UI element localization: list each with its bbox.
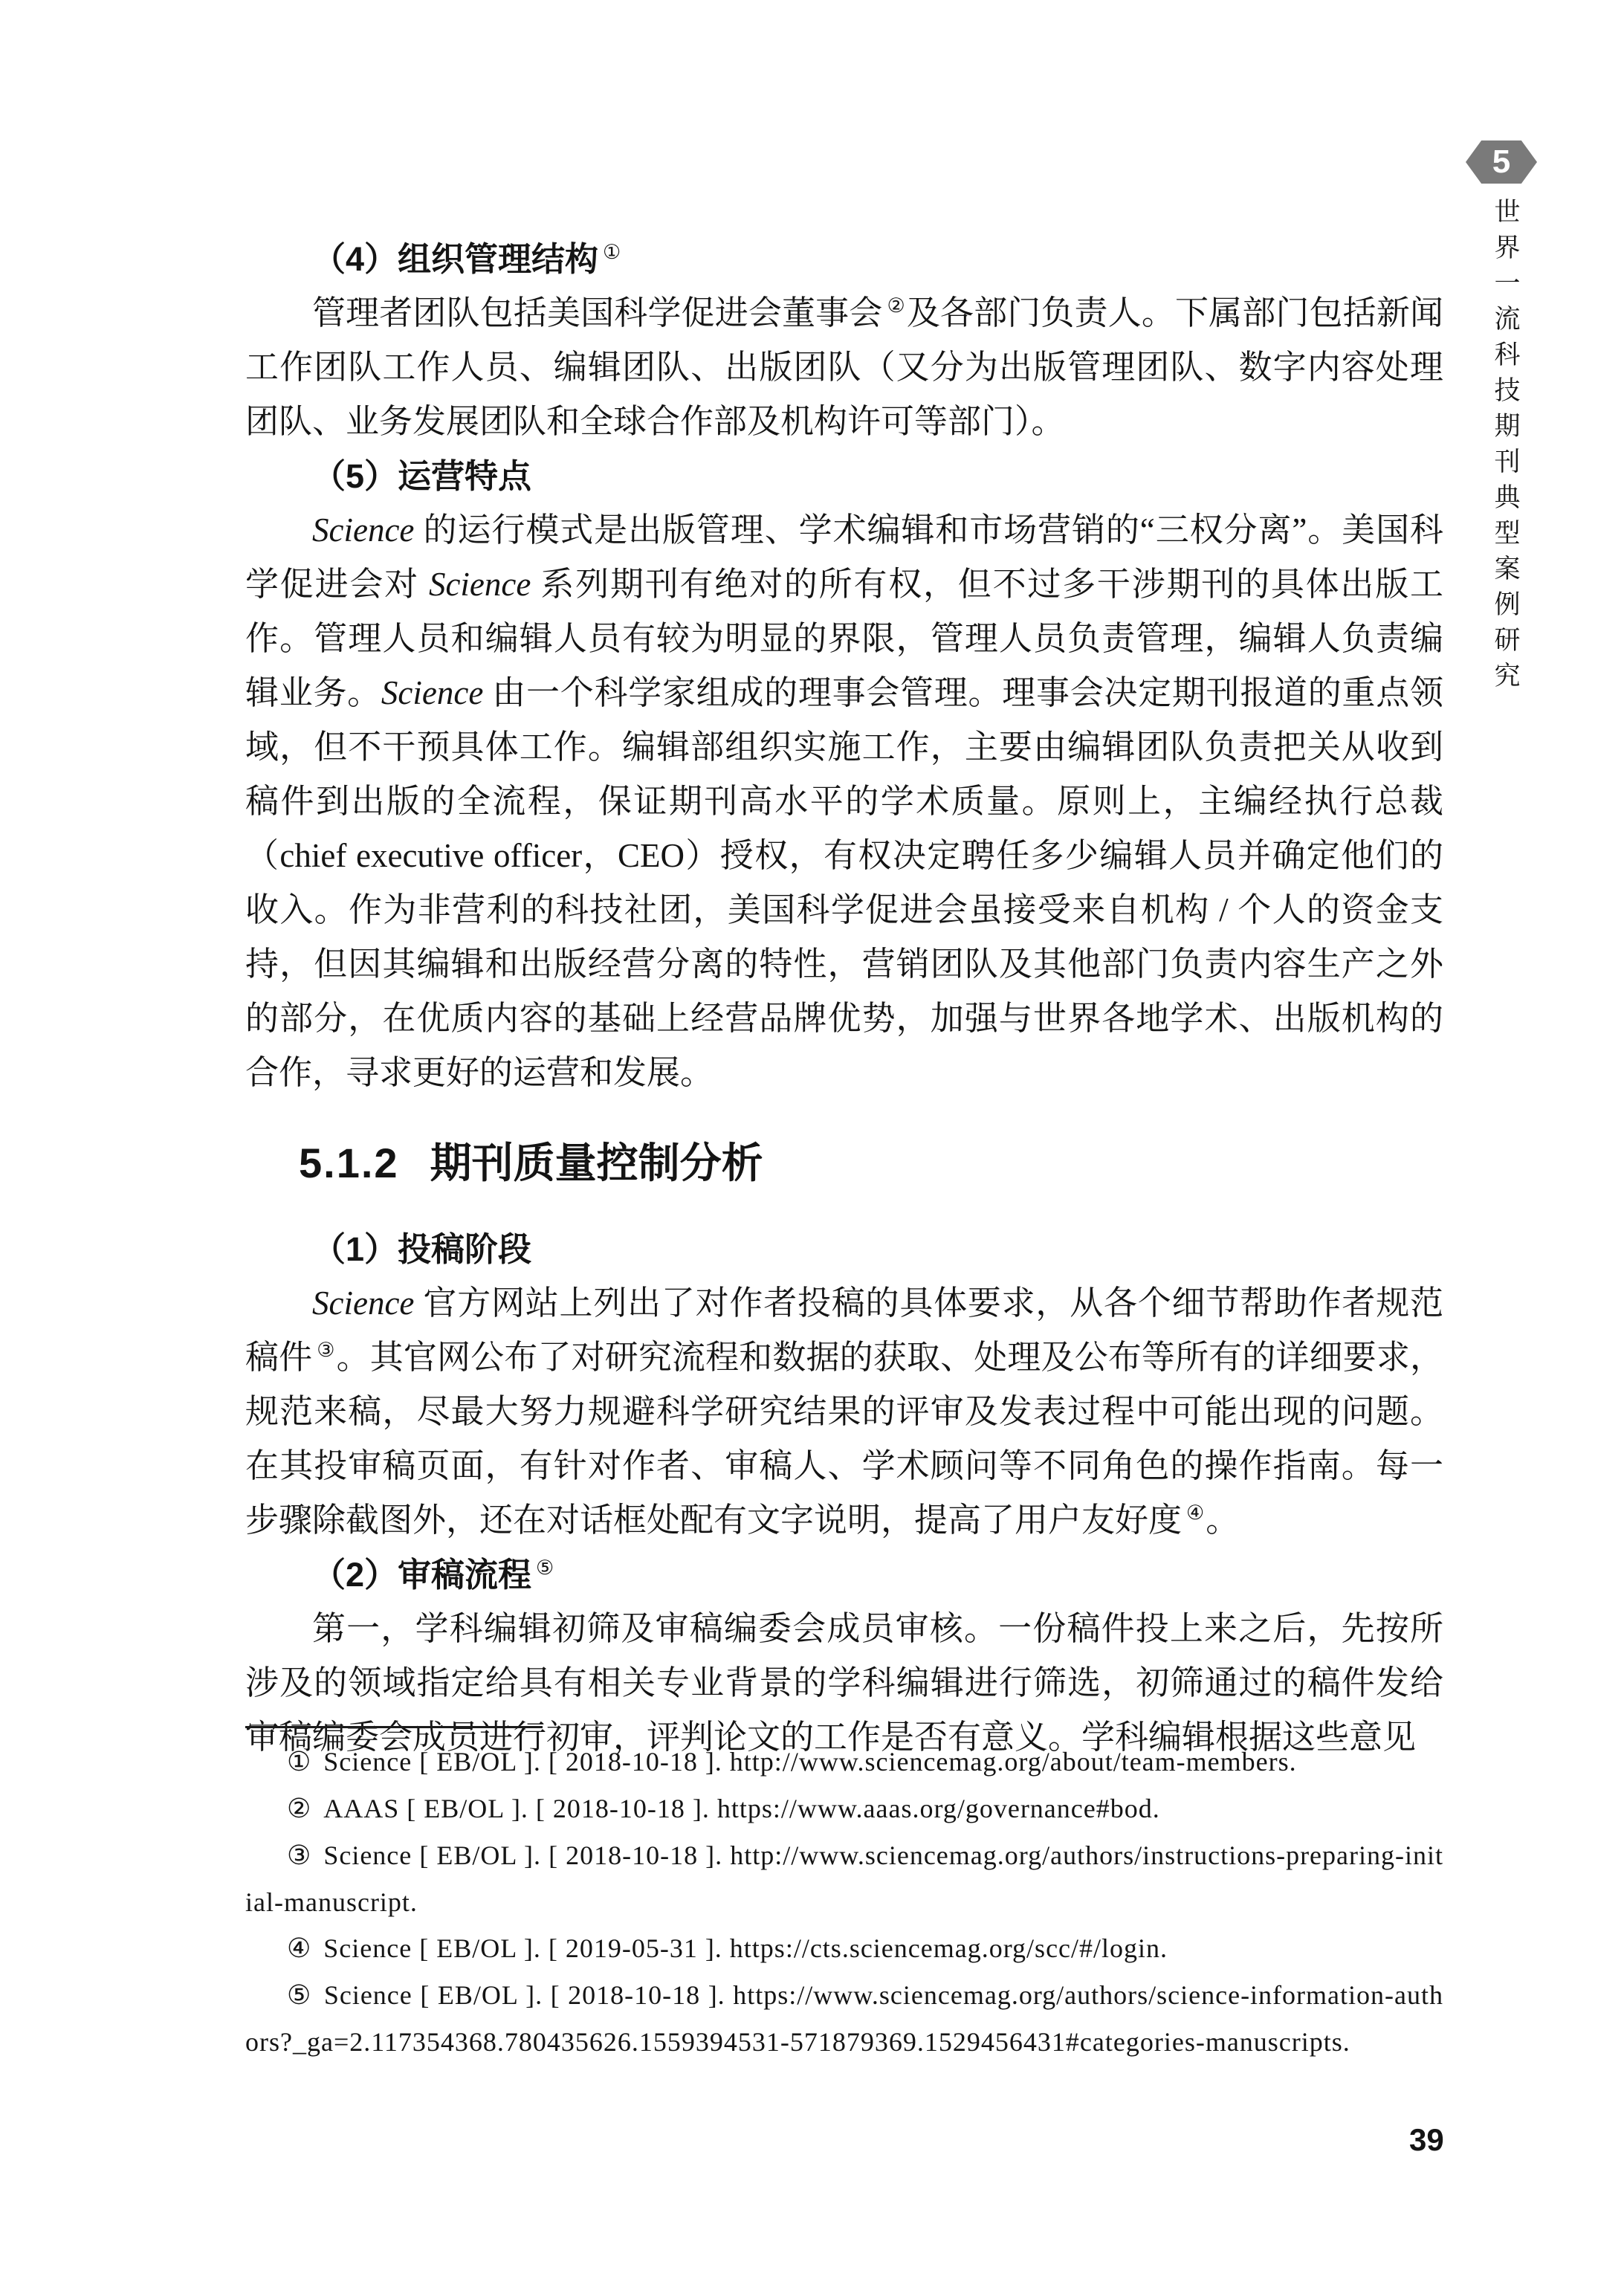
chapter-number: 5: [1492, 146, 1510, 178]
journal-name: Science: [429, 566, 531, 603]
section-heading: 5.1.2期刊质量控制分析: [299, 1139, 1443, 1188]
footnote-text: Science [ EB/OL ]. [ 2019-05-31 ]. https…: [323, 1933, 1168, 1963]
journal-name: Science: [312, 1284, 414, 1322]
text-run: 。: [1206, 1502, 1239, 1539]
footnote-item: ②AAAS [ EB/OL ]. [ 2018-10-18 ]. https:/…: [245, 1785, 1443, 1832]
footnote-list: ①Science [ EB/OL ]. [ 2018-10-18 ]. http…: [245, 1739, 1443, 2065]
text-run: （2）审稿流程: [312, 1556, 531, 1594]
footnote-marker: ③: [287, 1840, 311, 1871]
footnote-marker: ④: [287, 1933, 311, 1964]
text-run: （4）组织管理结构: [312, 240, 598, 278]
journal-name: Science: [381, 674, 483, 711]
text-run: 管理者团队包括美国科学促进会董事会: [312, 294, 882, 332]
footnote-ref: ④: [1186, 1502, 1204, 1525]
page-number: 39: [1409, 2124, 1444, 2156]
footnote-item: ⑤Science [ EB/OL ]. [ 2018-10-18 ]. http…: [245, 1972, 1443, 2065]
footnote-text: Science [ EB/OL ]. [ 2018-10-18 ]. https…: [245, 1980, 1443, 2057]
sidebar-vertical-title: 世界一流科技期刊典型案例研究: [1486, 198, 1524, 697]
text-run: （1）投稿阶段: [312, 1230, 531, 1268]
sub-heading: （2）审稿流程⑤: [245, 1548, 1443, 1602]
paragraph: Science 官方网站上列出了对作者投稿的具体要求，从各个细节帮助作者规范稿件…: [245, 1276, 1443, 1548]
footnote-text: AAAS [ EB/OL ]. [ 2018-10-18 ]. https://…: [323, 1794, 1159, 1823]
paragraph: Science 的运行模式是出版管理、学术编辑和市场营销的“三权分离”。美国科学…: [245, 503, 1443, 1100]
chapter-badge: 5: [1466, 140, 1537, 184]
body-text: （4）组织管理结构①管理者团队包括美国科学促进会董事会②及各部门负责人。下属部门…: [245, 232, 1443, 1765]
journal-name: Science: [312, 511, 414, 549]
footnote-item: ③Science [ EB/OL ]. [ 2018-10-18 ]. http…: [245, 1832, 1443, 1925]
section-title: 期刊质量控制分析: [430, 1140, 763, 1186]
book-page: （4）组织管理结构①管理者团队包括美国科学促进会董事会②及各部门负责人。下属部门…: [0, 0, 1624, 2282]
footnote-separator: [245, 1726, 543, 1728]
paragraph: 管理者团队包括美国科学促进会董事会②及各部门负责人。下属部门包括新闻工作团队工作…: [245, 286, 1443, 449]
sub-heading: （4）组织管理结构①: [245, 232, 1443, 286]
sub-heading: （1）投稿阶段: [245, 1222, 1443, 1276]
footnote-ref: ③: [317, 1339, 334, 1362]
footnote-ref: ①: [603, 241, 621, 264]
text-run: （5）运营特点: [312, 457, 531, 495]
footnote-marker: ⑤: [287, 1980, 312, 2011]
footnote-item: ①Science [ EB/OL ]. [ 2018-10-18 ]. http…: [245, 1739, 1443, 1785]
sub-heading: （5）运营特点: [245, 449, 1443, 503]
footnote-ref: ②: [887, 294, 905, 317]
footnote-item: ④Science [ EB/OL ]. [ 2019-05-31 ]. http…: [245, 1925, 1443, 1972]
footnote-text: Science [ EB/OL ]. [ 2018-10-18 ]. http:…: [245, 1840, 1443, 1917]
footnote-marker: ①: [287, 1747, 311, 1777]
text-run: 。其官网公布了对研究流程和数据的获取、处理及公布等所有的详细要求，规范来稿，尽最…: [245, 1339, 1443, 1539]
footnote-text: Science [ EB/OL ]. [ 2018-10-18 ]. http:…: [323, 1747, 1296, 1777]
footnote-ref: ⑤: [536, 1557, 554, 1580]
text-run: 由一个科学家组成的理事会管理。理事会决定期刊报道的重点领域，但不干预具体工作。编…: [245, 674, 1443, 1091]
section-number: 5.1.2: [299, 1140, 399, 1186]
footnote-marker: ②: [287, 1794, 311, 1824]
footnotes-block: ①Science [ EB/OL ]. [ 2018-10-18 ]. http…: [245, 1726, 1443, 2065]
